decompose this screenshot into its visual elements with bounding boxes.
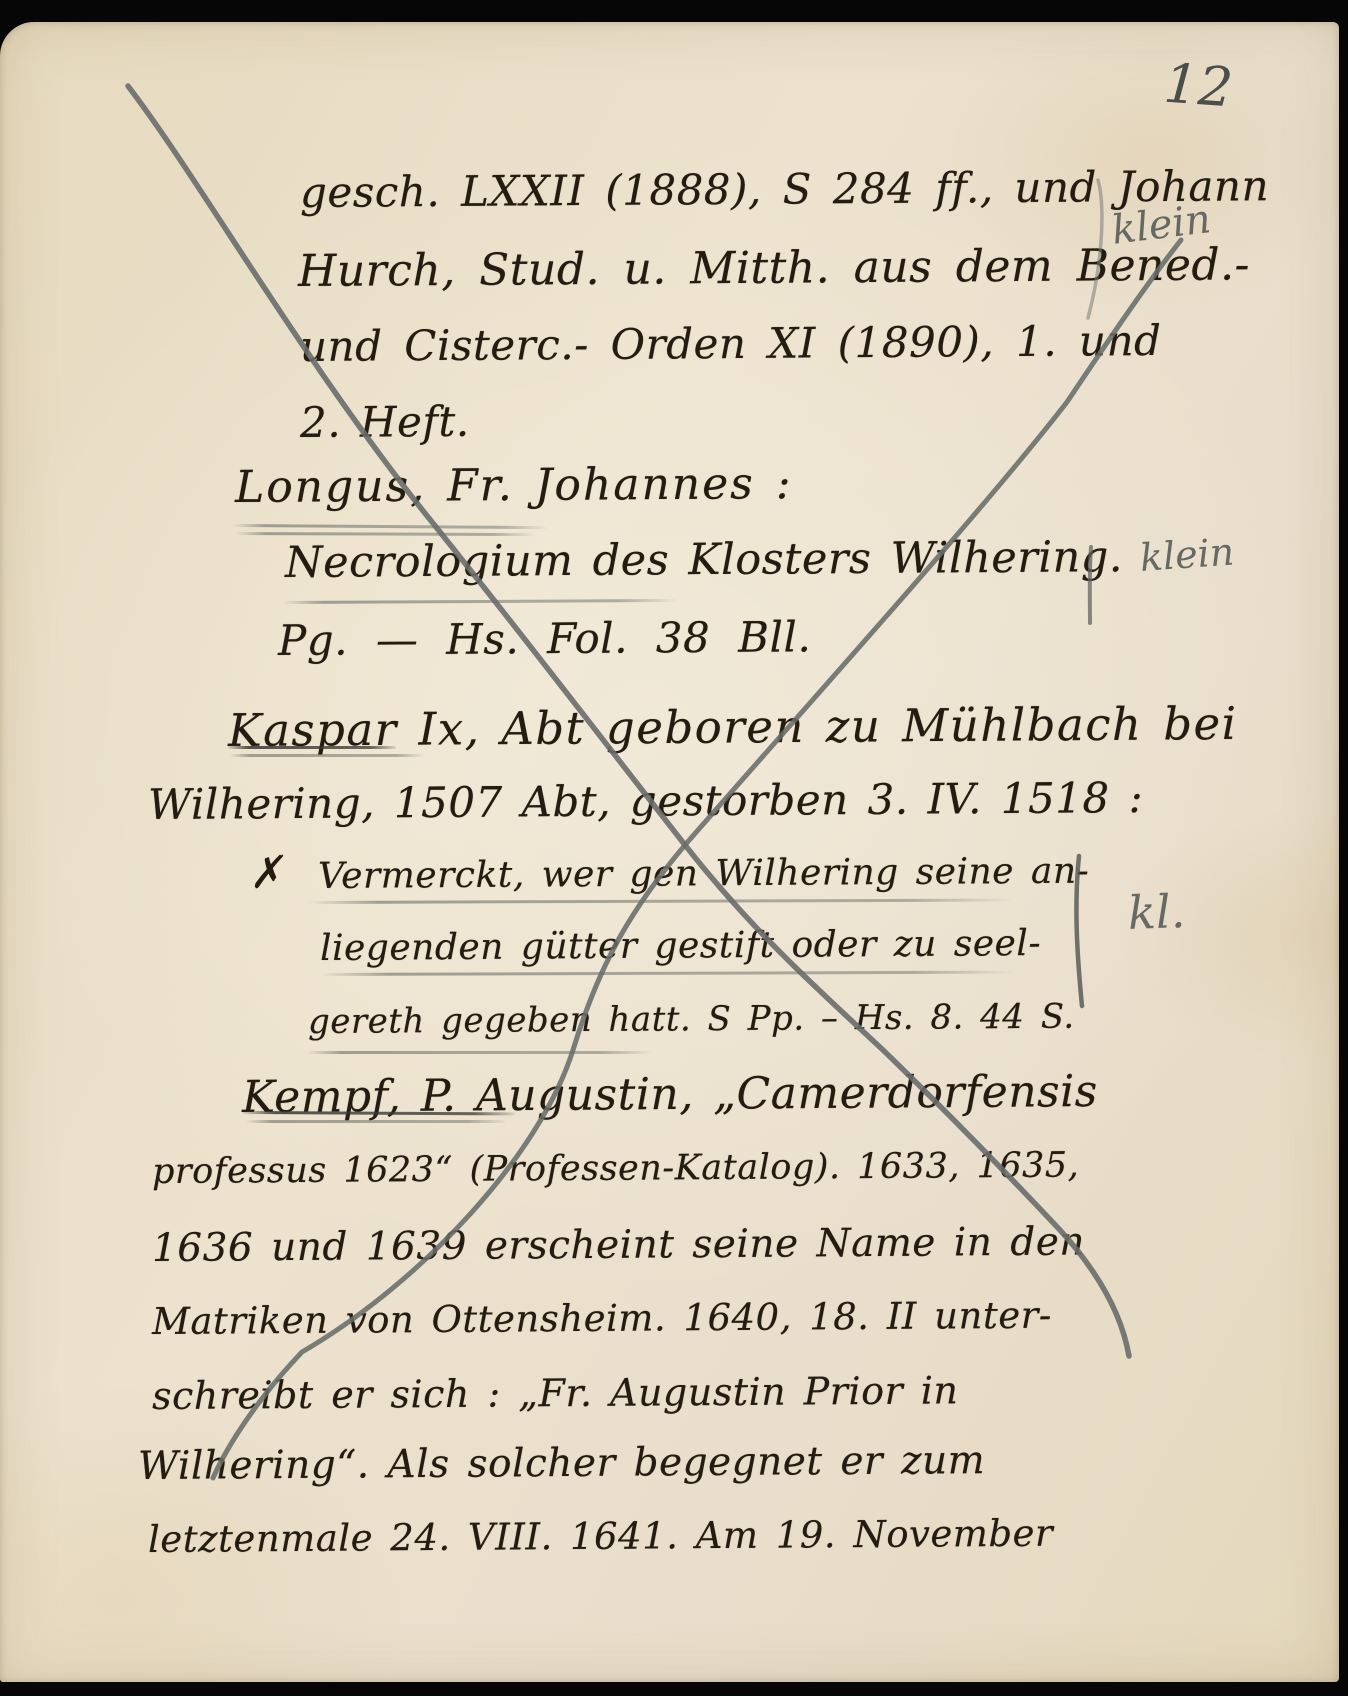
handwritten-line: Matriken von Ottensheim. 1640, 18. II un… (152, 1294, 1052, 1343)
handwritten-line: 1636 und 1639 erscheint seine Name in de… (152, 1219, 1085, 1271)
handwritten-line: letztenmale 24. VIII. 1641. Am 19. Novem… (148, 1512, 1053, 1561)
pencil-underline (307, 1051, 652, 1054)
handwritten-line: Wilhering, 1507 Abt, gestorben 3. IV. 15… (148, 773, 1143, 829)
handwritten-line: professus 1623“ (Professen-Katalog). 163… (152, 1146, 1080, 1192)
handwritten-line: schreibt er sich : „Fr. Augustin Prior i… (152, 1368, 959, 1418)
scanned-document: 12 gesch. LXXII (1888), S 284 ff., und J… (0, 0, 1348, 1696)
handwritten-line: Hurch, Stud. u. Mitth. aus dem Bened.- (298, 239, 1250, 297)
handwritten-line: liegenden gütter gestift oder zu seel- (320, 923, 1041, 969)
handwritten-line: Wilhering“. Als solcher begegnet er zum (138, 1438, 985, 1489)
margin-note-kl: kl. (1127, 884, 1186, 940)
x-collation-mark: ✗ (246, 846, 286, 898)
handwritten-line: und Cisterc.- Orden XI (1890), 1. und (300, 316, 1162, 371)
handwritten-line: Longus, Fr. Johannes : (235, 458, 793, 513)
margin-note-klein: klein (1138, 529, 1235, 579)
handwritten-line: 2. Heft. (300, 397, 470, 447)
pencil-underline (228, 746, 396, 749)
pencil-underline (246, 1120, 508, 1123)
page-number: 12 (1162, 52, 1235, 120)
handwritten-line: Vermerckt, wer gen Wilhering seine an- (318, 851, 1090, 897)
pencil-underline (230, 754, 425, 757)
handwritten-line: Pg. — Hs. Fol. 38 Bll. (278, 612, 812, 665)
handwritten-line: gereth gegeben hatt. S Pp. – Hs. 8. 44 S… (308, 997, 1075, 1042)
handwritten-line: Necrologium des Klosters Wilhering. (285, 532, 1123, 588)
